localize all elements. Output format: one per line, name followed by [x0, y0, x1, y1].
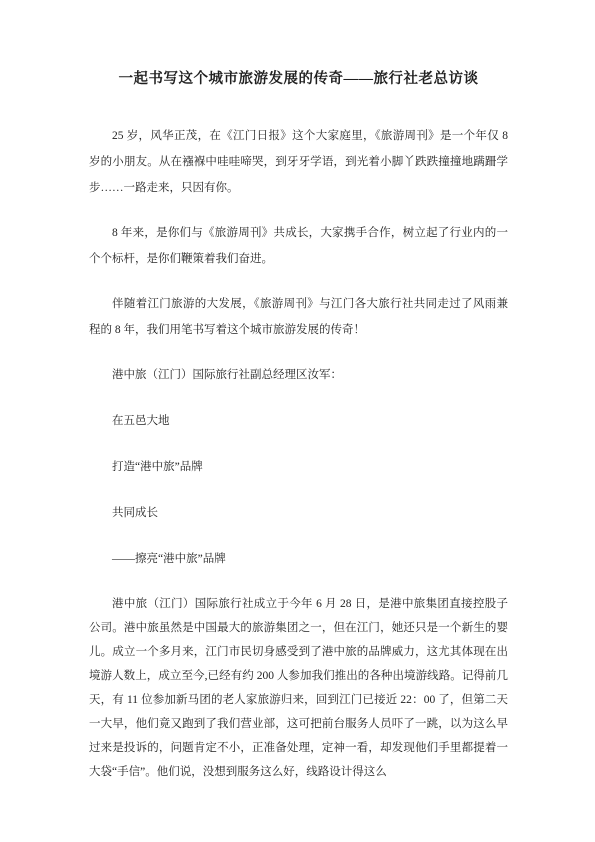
doc-title: 一起书写这个城市旅游发展的传奇——旅行社老总访谈	[89, 68, 508, 90]
verse-line-3: 共同成长	[89, 500, 508, 526]
verse-line-2: 打造“港中旅”品牌	[89, 454, 508, 480]
paragraph-intro-1: 25 岁，风华正茂，在《江门日报》这个大家庭里，《旅游周刊》是一个年仅 8 岁的…	[89, 123, 508, 201]
interviewee-line: 港中旅（江门）国际旅行社副总经理区汝军：	[89, 362, 508, 388]
paragraph-intro-2: 8 年来，是你们与《旅游周刊》共成长，大家携手合作，树立起了行业内的一个个标杆，…	[89, 220, 508, 272]
verse-line-1: 在五邑大地	[89, 408, 508, 434]
paragraph-body: 港中旅（江门）国际旅行社成立于今年 6 月 28 日，是港中旅集团直接控股子公司…	[89, 592, 508, 784]
verse-line-4: ——擦亮“港中旅”品牌	[89, 546, 508, 572]
paragraph-intro-3: 伴随着江门旅游的大发展，《旅游周刊》与江门各大旅行社共同走过了风雨兼程的 8 年…	[89, 291, 508, 343]
document-page: 一起书写这个城市旅游发展的传奇——旅行社老总访谈 25 岁，风华正茂，在《江门日…	[0, 0, 595, 842]
